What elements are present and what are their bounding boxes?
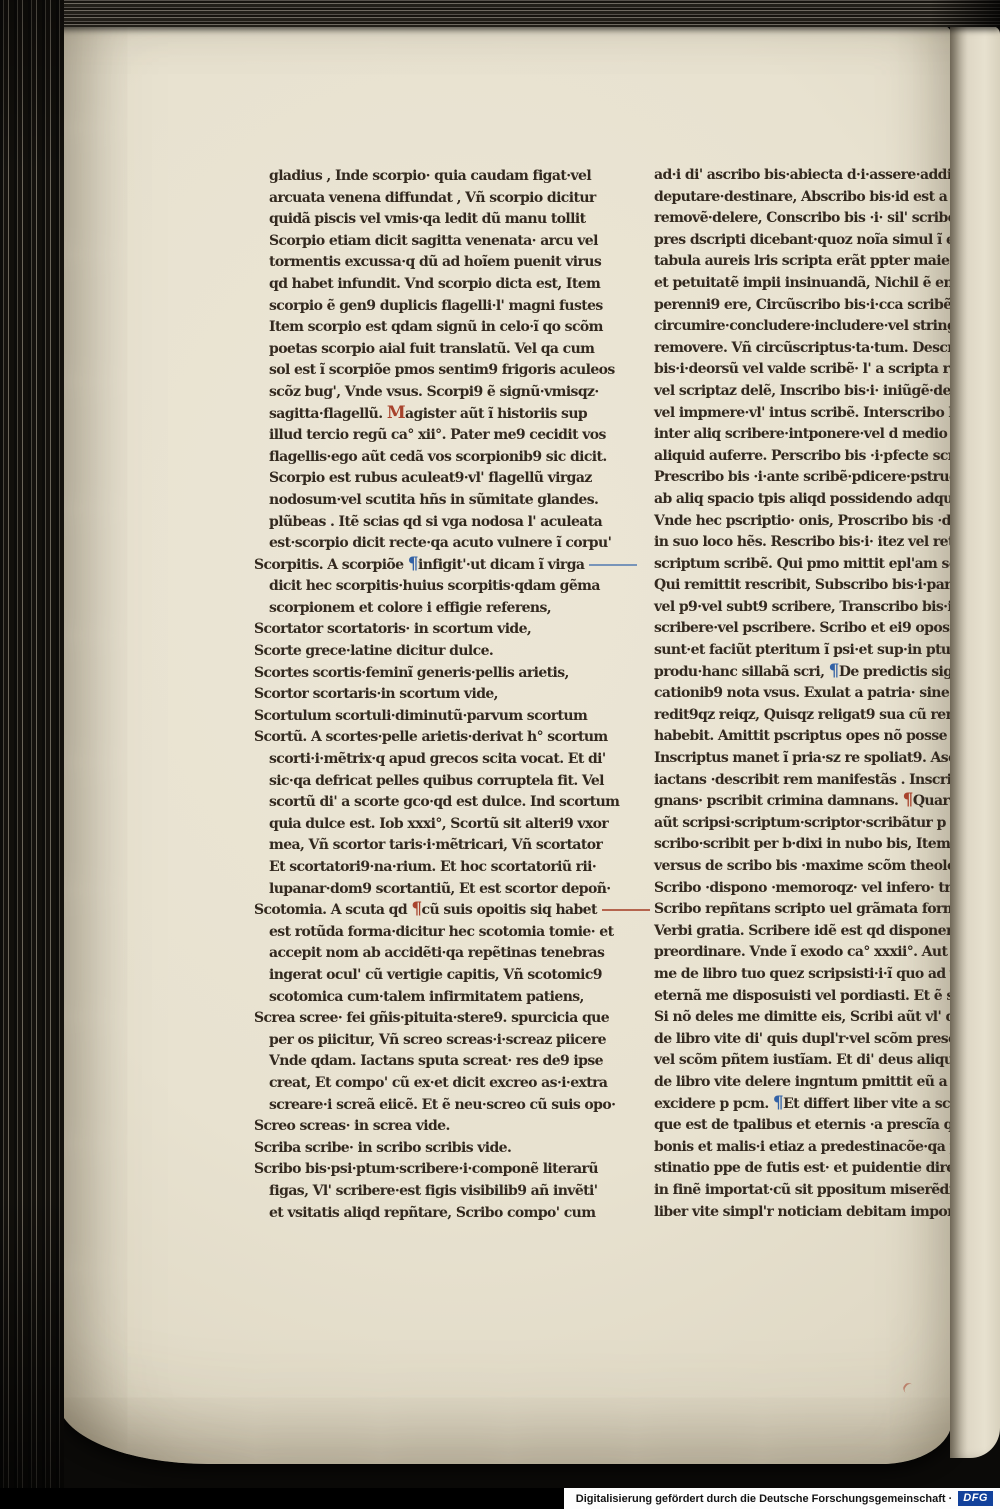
- text-line: sagitta·flagellũ. Magister aũt ĩ histori…: [254, 404, 606, 426]
- text-segment: quia dulce est. Iob xxxi°, Scortũ sit al…: [269, 816, 608, 832]
- text-segment: et petuitatẽ impii insinuandã, Nichil ẽ …: [654, 275, 972, 291]
- text-line: screare·i screã eiicẽ. Et ẽ neu·screo cũ…: [254, 1095, 606, 1117]
- text-line: stinatio ppe de futis est· et puidentie …: [654, 1158, 984, 1180]
- text-segment: de libro vite di' quis dupl'r·vel scõm p…: [654, 1031, 988, 1047]
- text-line: per os piicitur, Vñ screo screas·i·screa…: [254, 1030, 606, 1052]
- text-segment: lupanar·dom9 scortantiũ, Et est scortor …: [269, 881, 611, 897]
- text-segment: arcuata venena diffundat , Vñ scorpio di…: [269, 190, 596, 206]
- book-page-stack-edge: [0, 0, 64, 1488]
- text-line: Screa scree· fei gñis·pituita·stere9. sp…: [254, 1008, 606, 1030]
- text-segment: nodosum·vel scutita hñs in sũmitate glan…: [269, 492, 598, 508]
- text-line: de libro vite di' quis dupl'r·vel scõm p…: [654, 1029, 984, 1051]
- text-segment: scorti·i·mẽtrix·q apud grecos scita voca…: [269, 751, 606, 767]
- digitization-footer: Digitalisierung gefördert durch die Deut…: [0, 1488, 1000, 1509]
- text-line: de libro vite delere ingntum pmittit eũ …: [654, 1072, 984, 1094]
- text-segment: liber vite simpl'r noticiam debitam impo…: [654, 1204, 993, 1220]
- text-line: Scorpio etiam dicit sagitta venenata· ar…: [254, 231, 606, 253]
- text-segment: scorpio ẽ gen9 duplicis flagelli·l' magn…: [269, 298, 603, 314]
- text-line: scorpio ẽ gen9 duplicis flagelli·l' magn…: [254, 296, 606, 318]
- text-segment: deputare·destinare, Abscribo bis·id est …: [654, 189, 1000, 205]
- text-line: plũbeas . Itẽ scias qd si vga nodosa l' …: [254, 512, 606, 534]
- blue-rubric-initial: ¶: [773, 1093, 783, 1113]
- text-line: Scribo bis·psi·ptum·scribere·i·componẽ l…: [254, 1159, 606, 1181]
- text-line: mea, Vñ scortor taris·i·mẽtricari, Vñ sc…: [254, 835, 606, 857]
- text-segment: agister aũt ĩ historiis sup: [405, 406, 587, 422]
- text-segment: gladius , Inde scorpio· quia caudam figa…: [269, 168, 591, 184]
- text-line: me de libro tuo quez scripsisti·i·ĩ quo …: [654, 964, 984, 986]
- text-line: est rotũda forma·dicitur hec scotomia to…: [254, 922, 606, 944]
- text-line: sic·qa defricat pelles quibus corruptela…: [254, 771, 606, 793]
- text-segment: vel p9·vel subt9 scribere, Transcribo bi…: [654, 599, 990, 615]
- rubric-underline: [589, 564, 637, 566]
- text-segment: infigit'·ut dicam ĩ virga: [418, 557, 584, 573]
- text-line: in finẽ importat·cũ sit ppositum miserẽd…: [654, 1180, 984, 1202]
- text-line: vel scõm pñtem iustĩam. Et di' deus aliq…: [654, 1050, 984, 1072]
- text-line: vel p9·vel subt9 scribere, Transcribo bi…: [654, 597, 984, 619]
- text-line: excidere p pcm. ¶Et differt liber vite a…: [654, 1094, 984, 1116]
- text-line: vel impmere·vl' intus scribẽ. Interscrib…: [654, 403, 984, 425]
- text-segment: Scortes scortis·feminĩ generis·pellis ar…: [254, 665, 569, 681]
- text-line: Scribo ·dispono ·memoroqz· vel infero· t…: [654, 878, 984, 900]
- text-column-left: gladius , Inde scorpio· quia caudam figa…: [254, 166, 606, 1224]
- text-line: ad·i di' ascribo bis·abiecta d·i·assere·…: [654, 165, 984, 187]
- text-line: aliquid auferre. Perscribo bis ·i·pfecte…: [654, 446, 984, 468]
- text-line: illud tercio regũ ca° xii°. Pater me9 ce…: [254, 425, 606, 447]
- text-line: quia dulce est. Iob xxxi°, Scortũ sit al…: [254, 814, 606, 836]
- text-line: bonis et malis·i etiaz a predestinacõe·q…: [654, 1137, 984, 1159]
- text-segment: que est de tpalibus et eternis ·a prescĩ…: [654, 1117, 1000, 1133]
- text-line: scribo·scribit per b·dixi in nubo bis, I…: [654, 834, 984, 856]
- text-line: Scriba scribe· in scribo scribis vide.: [254, 1138, 606, 1160]
- text-line: qd habet infundit. Vnd scorpio dicta est…: [254, 274, 606, 296]
- text-segment: est rotũda forma·dicitur hec scotomia to…: [269, 924, 613, 940]
- text-segment: removere. Vñ circũscriptus·ta·tum. Descr…: [654, 340, 981, 356]
- text-line: Scorpitis. A scorpiõe ¶infigit'·ut dicam…: [254, 555, 606, 577]
- text-segment: Scortũ. A scortes·pelle arietis·derivat …: [254, 729, 608, 745]
- text-line: Verbi gratia. Scribere idẽ est qd dispon…: [654, 921, 984, 943]
- text-segment: plũbeas . Itẽ scias qd si vga nodosa l' …: [269, 514, 602, 530]
- text-line: Scortulum scortuli·diminutũ·parvum scort…: [254, 706, 606, 728]
- text-line: redit9qz reiqz, Quisqz religat9 sua cũ r…: [654, 705, 984, 727]
- text-segment: tormentis excussa·q dũ ad hoĩem puenit v…: [269, 254, 601, 270]
- text-segment: Scortator scortatoris· in scortum vide,: [254, 621, 531, 637]
- text-line: ingerat ocul' cũ vertigie capitis, Vñ sc…: [254, 965, 606, 987]
- text-segment: Scribo bis·psi·ptum·scribere·i·componẽ l…: [254, 1161, 598, 1177]
- text-segment: Screa scree· fei gñis·pituita·stere9. sp…: [254, 1010, 609, 1026]
- text-line: Scribo repñtans scripto uel grãmata form…: [654, 899, 984, 921]
- text-line: Scortator scortatoris· in scortum vide,: [254, 619, 606, 641]
- text-line: bis·i·deorsũ vel valde scribẽ· l' a scri…: [654, 359, 984, 381]
- text-segment: sunt·et faciũt pteritum ĩ psi·et sup·in …: [654, 642, 983, 658]
- text-segment: accepit nom ab accidẽti·qa repẽtinas ten…: [269, 945, 604, 961]
- text-segment: Scorpio est rubus aculeat9·vl' flagellũ …: [269, 470, 592, 486]
- text-segment: scriptum scribẽ. Qui pmo mittit epl'am s…: [654, 556, 988, 572]
- text-segment: de libro vite delere ingntum pmittit eũ …: [654, 1074, 992, 1090]
- text-line: Qui remittit rescribit, Subscribo bis·i·…: [654, 575, 984, 597]
- book-scan: gladius , Inde scorpio· quia caudam figa…: [0, 0, 1000, 1509]
- text-segment: Vnde qdam. Iactans sputa screat· res de9…: [269, 1053, 603, 1069]
- text-segment: sic·qa defricat pelles quibus corruptela…: [269, 773, 604, 789]
- text-segment: Scortulum scortuli·diminutũ·parvum scort…: [254, 708, 587, 724]
- text-segment: Scorpitis. A scorpiõe: [254, 557, 408, 573]
- text-line: inter aliq scribere·intponere·vel d medi…: [654, 424, 984, 446]
- footer-credit: Digitalisierung gefördert durch die Deut…: [564, 1488, 1000, 1509]
- text-segment: inter aliq scribere·intponere·vel d medi…: [654, 426, 1000, 442]
- text-segment: circumire·concludere·includere·vel strin…: [654, 318, 991, 334]
- margin-ink-mark: [901, 1381, 919, 1398]
- text-line: sol est ĩ scorpiõe pmos sentim9 frigoris…: [254, 360, 606, 382]
- text-line: iactans ·describit rem manifestãs . Insc…: [654, 770, 984, 792]
- text-segment: stinatio ppe de futis est· et puidentie …: [654, 1160, 1000, 1176]
- text-segment: aũt scripsi·scriptum·scriptor·scribãtur …: [654, 815, 995, 831]
- text-segment: sol est ĩ scorpiõe pmos sentim9 frigoris…: [269, 362, 615, 378]
- text-line: versus de scribo bis ·maxime scõm theolo…: [654, 856, 984, 878]
- text-segment: creat, Et compo' cũ ex·et dicit excreo a…: [269, 1075, 607, 1091]
- text-line: que est de tpalibus et eternis ·a prescĩ…: [654, 1115, 984, 1137]
- text-line: et petuitatẽ impii insinuandã, Nichil ẽ …: [654, 273, 984, 295]
- text-segment: produ·hanc sillabã scri,: [654, 664, 829, 680]
- text-line: Scortũ. A scortes·pelle arietis·derivat …: [254, 727, 606, 749]
- text-segment: Scribo repñtans scripto uel grãmata form…: [654, 901, 977, 917]
- text-segment: Verbi gratia. Scribere idẽ est qd dispon…: [654, 923, 990, 939]
- text-segment: removẽ·delere, Conscribo bis ·i· sil' sc…: [654, 210, 999, 226]
- text-segment: qd habet infundit. Vnd scorpio dicta est…: [269, 276, 600, 292]
- text-segment: cationib9 nota vsus. Exulat a patria· si…: [654, 685, 978, 701]
- text-line: deputare·destinare, Abscribo bis·id est …: [654, 187, 984, 209]
- text-segment: Si nõ deles me dimitte eis, Scribi aũt v…: [654, 1009, 988, 1025]
- text-segment: Scortor scortaris·in scortum vide,: [254, 686, 498, 702]
- footer-credit-text: Digitalisierung gefördert durch die Deut…: [576, 1493, 953, 1505]
- text-line: scorti·i·mẽtrix·q apud grecos scita voca…: [254, 749, 606, 771]
- text-line: aũt scripsi·scriptum·scriptor·scribãtur …: [654, 813, 984, 835]
- text-line: gladius , Inde scorpio· quia caudam figa…: [254, 166, 606, 188]
- text-segment: redit9qz reiqz, Quisqz religat9 sua cũ r…: [654, 707, 996, 723]
- text-segment: screare·i screã eiicẽ. Et ẽ neu·screo cũ…: [269, 1097, 615, 1113]
- text-segment: ad·i di' ascribo bis·abiecta d·i·assere·…: [654, 167, 983, 183]
- text-segment: illud tercio regũ ca° xii°. Pater me9 ce…: [269, 427, 606, 443]
- text-line: tabula aureis lris scripta erãt ppter ma…: [654, 251, 984, 273]
- text-line: creat, Et compo' cũ ex·et dicit excreo a…: [254, 1073, 606, 1095]
- text-segment: vel scriptaz delẽ, Inscribo bis·i· iniũg…: [654, 383, 999, 399]
- text-line: tormentis excussa·q dũ ad hoĩem puenit v…: [254, 252, 606, 274]
- text-line: Vnde qdam. Iactans sputa screat· res de9…: [254, 1051, 606, 1073]
- text-line: flagellis·ego aũt cedã vos scorpionib9 s…: [254, 447, 606, 469]
- rubric-underline: [602, 909, 650, 911]
- text-segment: aliquid auferre. Perscribo bis ·i·pfecte…: [654, 448, 996, 464]
- text-segment: in suo loco hẽs. Rescribo bis·i· itez ve…: [654, 534, 998, 550]
- text-segment: gnans· pscribit crimina damnans.: [654, 793, 903, 809]
- dfg-logo: DFG: [958, 1491, 993, 1506]
- text-line: pres dscripti dicebant·quoz noĩa simul ĩ…: [654, 230, 984, 252]
- text-segment: tabula aureis lris scripta erãt ppter ma…: [654, 253, 999, 269]
- text-line: figas, Vl' scribere·est figis visibilib9…: [254, 1181, 606, 1203]
- text-line: arcuata venena diffundat , Vñ scorpio di…: [254, 188, 606, 210]
- text-segment: ab aliq spacio tpis aliqd possidendo adq…: [654, 491, 992, 507]
- adjacent-page-edge: [950, 26, 1000, 1458]
- text-line: gnans· pscribit crimina damnans. ¶Quare: [654, 791, 984, 813]
- text-segment: Vnde hec pscriptio· onis, Proscribo bis …: [654, 513, 991, 529]
- text-line: removẽ·delere, Conscribo bis ·i· sil' sc…: [654, 208, 984, 230]
- text-column-right: ad·i di' ascribo bis·abiecta d·i·assere·…: [654, 165, 984, 1223]
- text-segment: per os piicitur, Vñ screo screas·i·screa…: [269, 1032, 606, 1048]
- text-line: Scotomia. A scuta qd ¶cũ suis opoitis si…: [254, 900, 606, 922]
- text-line: Et scortatori9·na·rium. Et hoc scortator…: [254, 857, 606, 879]
- text-line: Inscriptus manet ĩ pria·sz re spoliat9. …: [654, 748, 984, 770]
- text-segment: habebit. Amittit pscriptus opes nõ posse…: [654, 728, 991, 744]
- text-line: lupanar·dom9 scortantiũ, Et est scortor …: [254, 879, 606, 901]
- text-segment: Scorte grece·latine dicitur dulce.: [254, 643, 493, 659]
- text-line: Item scorpio est qdam signũ in celo·ĩ qo…: [254, 317, 606, 339]
- book-top-edge: [0, 0, 1000, 27]
- text-segment: eternã me disposuisti vel pordiasti. Et …: [654, 988, 996, 1004]
- text-segment: figas, Vl' scribere·est figis visibilib9…: [269, 1183, 597, 1199]
- text-line: ab aliq spacio tpis aliqd possidendo adq…: [654, 489, 984, 511]
- text-segment: Scorpio etiam dicit sagitta venenata· ar…: [269, 233, 598, 249]
- text-segment: mea, Vñ scortor taris·i·mẽtricari, Vñ sc…: [269, 837, 602, 853]
- text-segment: preordinare. Vnde ĩ exodo ca° xxxii°. Au…: [654, 944, 982, 960]
- text-segment: Scotomia. A scuta qd: [254, 902, 411, 918]
- text-line: habebit. Amittit pscriptus opes nõ posse…: [654, 726, 984, 748]
- text-line: est·scorpio dicit recte·qa acuto vulnere…: [254, 533, 606, 555]
- text-segment: sagitta·flagellũ.: [269, 406, 387, 422]
- text-line: nodosum·vel scutita hñs in sũmitate glan…: [254, 490, 606, 512]
- text-line: produ·hanc sillabã scri, ¶De predictis s…: [654, 662, 984, 684]
- text-line: cationib9 nota vsus. Exulat a patria· si…: [654, 683, 984, 705]
- text-line: Prescribo bis ·i·ante scribẽ·pdicere·pst…: [654, 467, 984, 489]
- text-segment: scotomica cum·talem infirmitatem patiens…: [269, 989, 584, 1005]
- text-segment: Et scortatori9·na·rium. Et hoc scortator…: [269, 859, 596, 875]
- red-rubric-initial: ¶: [411, 899, 421, 919]
- text-line: eternã me disposuisti vel pordiasti. Et …: [654, 986, 984, 1008]
- text-segment: iactans ·describit rem manifestãs . Insc…: [654, 772, 999, 788]
- text-segment: est·scorpio dicit recte·qa acuto vulnere…: [269, 535, 611, 551]
- text-line: dicit hec scorpitis·huius scorpitis·qdam…: [254, 576, 606, 598]
- text-segment: vel impmere·vl' intus scribẽ. Interscrib…: [654, 405, 983, 421]
- text-line: Scorte grece·latine dicitur dulce.: [254, 641, 606, 663]
- text-line: quidã piscis vel vmis·qa ledit dũ manu t…: [254, 209, 606, 231]
- text-line: Scortor scortaris·in scortum vide,: [254, 684, 606, 706]
- text-segment: cũ suis opoitis siq habet: [422, 902, 597, 918]
- text-segment: bis·i·deorsũ vel valde scribẽ· l' a scri…: [654, 361, 996, 377]
- blue-rubric-initial: ¶: [408, 554, 418, 574]
- text-segment: vel scõm pñtem iustĩam. Et di' deus aliq…: [654, 1052, 976, 1068]
- text-line: in suo loco hẽs. Rescribo bis·i· itez ve…: [654, 532, 984, 554]
- text-line: vel scriptaz delẽ, Inscribo bis·i· iniũg…: [654, 381, 984, 403]
- text-line: scõz bug', Vnde vsus. Scorpi9 ẽ signũ·vm…: [254, 382, 606, 404]
- text-segment: bonis et malis·i etiaz a predestinacõe·q…: [654, 1139, 976, 1155]
- text-segment: quidã piscis vel vmis·qa ledit dũ manu t…: [269, 211, 585, 227]
- text-line: poetas scorpio aial fuit translatũ. Vel …: [254, 339, 606, 361]
- text-line: scorpionem et colore i effigie referens,: [254, 598, 606, 620]
- text-segment: Qui remittit rescribit, Subscribo bis·i·…: [654, 577, 975, 593]
- text-line: liber vite simpl'r noticiam debitam impo…: [654, 1202, 984, 1224]
- text-line: scotomica cum·talem infirmitatem patiens…: [254, 987, 606, 1009]
- text-line: Si nõ deles me dimitte eis, Scribi aũt v…: [654, 1007, 984, 1029]
- text-segment: Scriba scribe· in scribo scribis vide.: [254, 1140, 511, 1156]
- red-rubric-initial: M: [387, 403, 405, 423]
- text-segment: me de libro tuo quez scripsisti·i·ĩ quo …: [654, 966, 991, 982]
- text-segment: pres dscripti dicebant·quoz noĩa simul ĩ…: [654, 232, 981, 248]
- text-line: removere. Vñ circũscriptus·ta·tum. Descr…: [654, 338, 984, 360]
- text-segment: excidere p pcm.: [654, 1096, 773, 1112]
- text-segment: Scribo ·dispono ·memoroqz· vel infero· t…: [654, 880, 982, 896]
- text-segment: et vsitatis aliqd repñtare, Scribo compo…: [269, 1205, 595, 1221]
- text-segment: Screo screas· in screa vide.: [254, 1118, 450, 1134]
- text-line: Scortes scortis·feminĩ generis·pellis ar…: [254, 663, 606, 685]
- text-segment: ingerat ocul' cũ vertigie capitis, Vñ sc…: [269, 967, 602, 983]
- text-line: Screo screas· in screa vide.: [254, 1116, 606, 1138]
- manuscript-page: gladius , Inde scorpio· quia caudam figa…: [58, 24, 952, 1464]
- text-line: accepit nom ab accidẽti·qa repẽtinas ten…: [254, 943, 606, 965]
- red-rubric-initial: ¶: [903, 790, 913, 810]
- text-line: scriptum scribẽ. Qui pmo mittit epl'am s…: [654, 554, 984, 576]
- text-segment: perenni9 ere, Circũscribo bis·i·cca scri…: [654, 297, 1000, 313]
- text-segment: Prescribo bis ·i·ante scribẽ·pdicere·pst…: [654, 469, 997, 485]
- text-segment: scribere·vel pscribere. Scribo et ei9 op…: [654, 620, 1000, 636]
- text-segment: Item scorpio est qdam signũ in celo·ĩ qo…: [269, 319, 603, 335]
- text-segment: scortũ di' a scorte gco·qd est dulce. In…: [269, 794, 619, 810]
- text-segment: poetas scorpio aial fuit translatũ. Vel …: [269, 341, 594, 357]
- text-segment: in finẽ importat·cũ sit ppositum miserẽd…: [654, 1182, 991, 1198]
- text-segment: scõz bug', Vnde vsus. Scorpi9 ẽ signũ·vm…: [269, 384, 599, 400]
- text-segment: versus de scribo bis ·maxime scõm theolo…: [654, 858, 993, 874]
- text-line: scribere·vel pscribere. Scribo et ei9 op…: [654, 618, 984, 640]
- text-segment: scribo·scribit per b·dixi in nubo bis, I…: [654, 836, 987, 852]
- text-line: scortũ di' a scorte gco·qd est dulce. In…: [254, 792, 606, 814]
- text-line: circumire·concludere·includere·vel strin…: [654, 316, 984, 338]
- text-line: preordinare. Vnde ĩ exodo ca° xxxii°. Au…: [654, 942, 984, 964]
- text-segment: Inscriptus manet ĩ pria·sz re spoliat9. …: [654, 750, 987, 766]
- text-segment: flagellis·ego aũt cedã vos scorpionib9 s…: [269, 449, 607, 465]
- text-line: perenni9 ere, Circũscribo bis·i·cca scri…: [654, 295, 984, 317]
- text-line: Scorpio est rubus aculeat9·vl' flagellũ …: [254, 468, 606, 490]
- text-segment: scorpionem et colore i effigie referens,: [269, 600, 551, 616]
- text-line: sunt·et faciũt pteritum ĩ psi·et sup·in …: [654, 640, 984, 662]
- text-line: Vnde hec pscriptio· onis, Proscribo bis …: [654, 511, 984, 533]
- text-segment: dicit hec scorpitis·huius scorpitis·qdam…: [269, 578, 600, 594]
- text-line: et vsitatis aliqd repñtare, Scribo compo…: [254, 1203, 606, 1225]
- blue-rubric-initial: ¶: [829, 661, 839, 681]
